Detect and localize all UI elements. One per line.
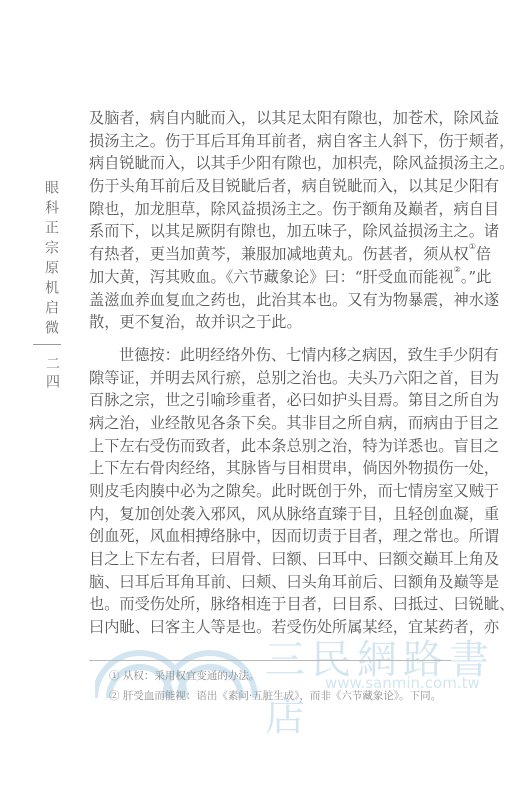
text-line: 加大黄，泻其败血。《六节藏象论》曰：“肝受血而能视②。”此 (89, 266, 451, 289)
body-text: 及脑者，病自内眦而入，以其足太阳有隙也，加苍术，除风益 损汤主之。伤于耳后耳角耳… (89, 107, 451, 639)
text-line: 有热者，更当加黄芩，兼服加减地黄丸。伤甚者，须从权①倍 (89, 243, 451, 266)
text-line: 隙也，加龙胆草，除风益损汤主之。伤于额角及巅者，病自目 (89, 198, 451, 221)
text-line: 创血死，风血相搏络脉中，因而切责于目者，理之常也。所谓 (89, 525, 451, 548)
text-span: 。”此 (461, 268, 492, 286)
running-book-title: 眼科正宗原机启微 (42, 180, 62, 340)
footnote-marker: ① (109, 670, 120, 682)
text-line: 目之上下左右者，曰眉骨、曰额、曰耳中、曰额交巅耳上角及 (89, 548, 451, 571)
text-line: 上下左右受伤而致者，此本条总别之治，特为详悉也。盲目之 (89, 435, 451, 458)
text-line: 隙等证，并明去风行瘀，总别之治也。夫头乃六阳之首，目为 (89, 367, 451, 390)
footnotes: ① 从权：采用权宜变通的办法。 ② 肝受血而能视：语出《素问·五脏生成》，而非《… (89, 666, 451, 706)
text-line: 病之治，业经散见各条下矣。其非目之所自病，而病由于目之 (89, 412, 451, 435)
text-line: 及脑者，病自内眦而入，以其足太阳有隙也，加苍术，除风益 (89, 107, 451, 130)
text-line: 散，更不复治，故并识之于此。 (89, 311, 451, 334)
text-line: 世德按：此明经络外伤、七情内移之病因，致生手少阴有 (89, 344, 451, 367)
text-line: 内，复加创处袭入邪风，风从脉络直臻于目，且轻创血凝，重 (89, 503, 451, 526)
footnote-2: ② 肝受血而能视：语出《素问·五脏生成》，而非《六节藏象论》。下同。 (89, 686, 451, 706)
text-line: 脑、曰耳后耳角耳前、曰颊、曰头角耳前后、曰额角及巅等是 (89, 571, 451, 594)
footnote-text: 从权：采用权宜变通的办法。 (123, 670, 260, 682)
footnote-marker: ② (109, 690, 120, 702)
text-line: 损汤主之。伤于耳后耳角耳前者，病自客主人斜下，伤于颊者， (89, 130, 451, 153)
text-span: 倍 (476, 245, 491, 263)
text-line: 百脉之宗，世之引喻珍重者，必曰如护头目焉。第目之所自为 (89, 389, 451, 412)
text-line: 病自锐眦而入，以其手少阳有隙也，加枳壳，除风益损汤主之。 (89, 152, 451, 175)
text-span: 有热者，更当加黄芩，兼服加减地黄丸。伤甚者，须从权 (89, 245, 469, 263)
side-divider (33, 344, 61, 345)
text-line: 也。而受伤处所，脉络相连于目者，曰目系、曰抵过、曰锐眦、 (89, 593, 451, 616)
page-number: 二四 (42, 356, 62, 392)
text-span: 加大黄，泻其败血。《六节藏象论》曰：“肝受血而能视 (89, 268, 454, 286)
paragraph-gap (89, 334, 451, 344)
text-line: 则皮毛肉腠中必为之隙矣。此时既创于外，而七情房室又贼于 (89, 480, 451, 503)
text-line: 伤于头角耳前后及目锐眦后者，病自锐眦而入，以其足少阳有 (89, 175, 451, 198)
text-line: 上下左右骨肉经络，其脉皆与目相贯串，倘因外物损伤一处， (89, 457, 451, 480)
footnote-ref-1[interactable]: ① (469, 242, 476, 251)
footnote-ref-2[interactable]: ② (454, 265, 461, 274)
footnote-text: 肝受血而能视：语出《素问·五脏生成》，而非《六节藏象论》。下同。 (123, 690, 441, 702)
text-line: 盖滋血养血复血之药也，此治其本也。又有为物暴震，神水遂 (89, 289, 451, 312)
footnote-1: ① 从权：采用权宜变通的办法。 (89, 666, 451, 686)
footnote-divider (89, 660, 451, 661)
text-line: 曰内眦、曰客主人等是也。若受伤处所属某经，宜某药者，亦 (89, 616, 451, 639)
text-line: 系而下，以其足厥阴有隙也，加五味子，除风益损汤主之。诸 (89, 220, 451, 243)
